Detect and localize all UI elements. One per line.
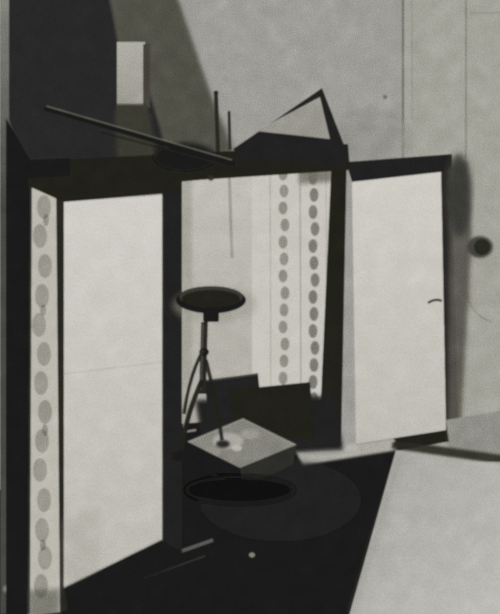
light-bath-photo	[0, 0, 500, 614]
grain-overlay-mid	[0, 0, 500, 614]
photograph	[0, 0, 500, 614]
